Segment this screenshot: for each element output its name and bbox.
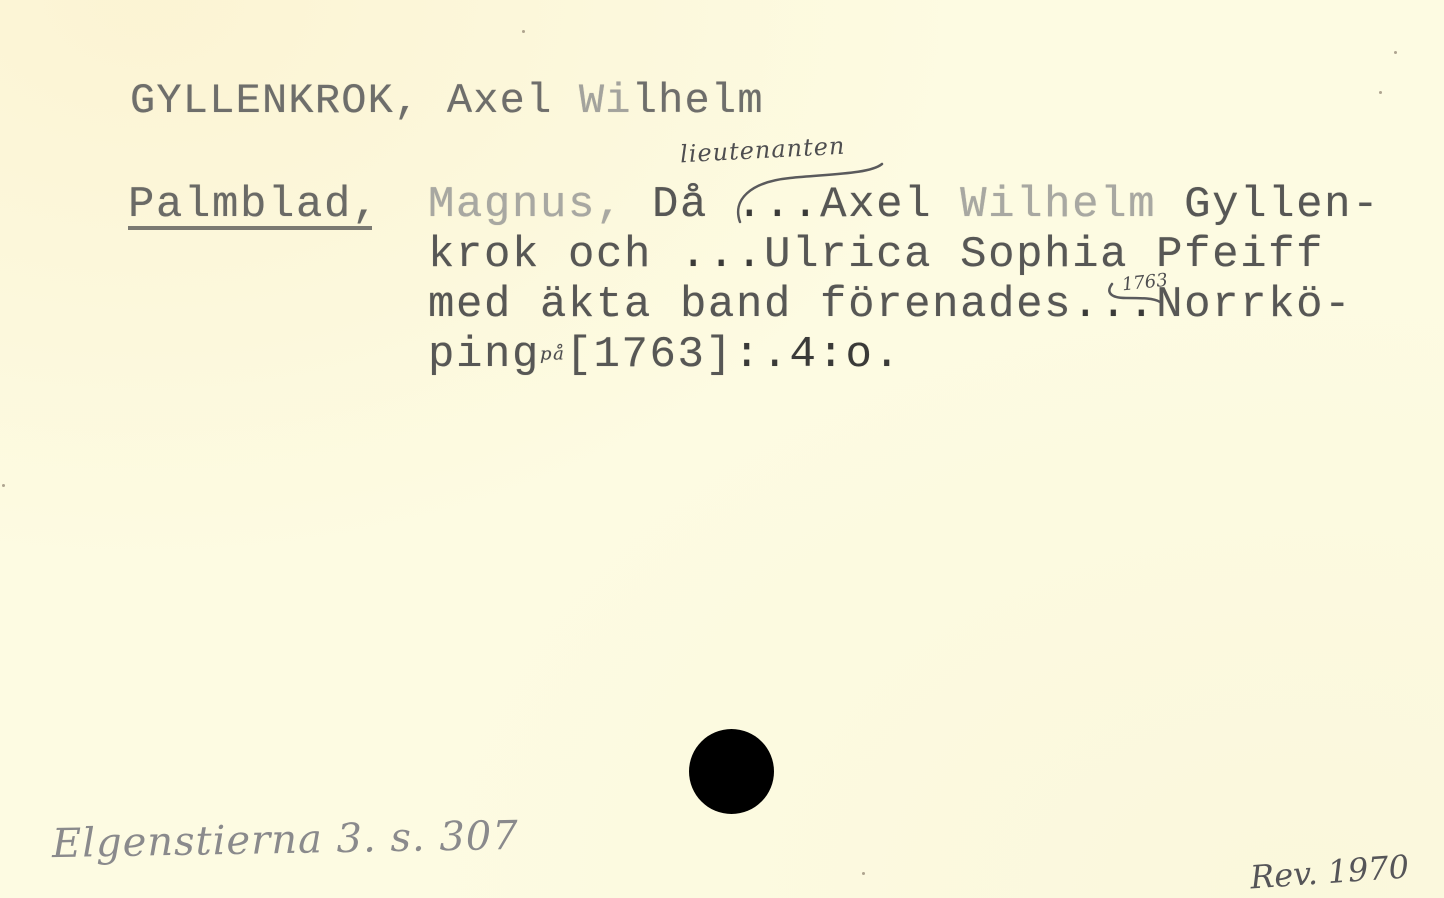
paper-speck <box>522 30 525 33</box>
paper-speck <box>2 484 5 487</box>
card-title-line-2: krok och ...Ulrica Sophia Pfeiff <box>428 233 1324 277</box>
handwritten-insert-pa: på <box>540 343 565 364</box>
heading-given-name-1: Axel <box>447 77 553 125</box>
imprint-format: :.4:o. <box>734 330 902 380</box>
title-ellipsis: ... <box>736 180 820 230</box>
imprint-year: [1763] <box>566 330 734 380</box>
paper-speck <box>862 872 865 875</box>
title-text-segment: krok och <box>428 230 680 280</box>
paper-speck <box>1379 91 1382 94</box>
heading-surname: GYLLENKROK, <box>130 77 420 125</box>
title-faint-segment: Wilhelm <box>960 180 1156 230</box>
title-text-segment: Ulrica Sophia Pfeiff <box>764 230 1324 280</box>
heading-given-name-2: lhelm <box>632 77 764 125</box>
handwritten-reference-note: Elgenstierna 3. s. 307 <box>52 816 519 864</box>
title-ellipsis: ... <box>680 230 764 280</box>
title-text-segment: Då <box>624 180 736 230</box>
handwritten-revision-note: Rev. 1970 <box>1249 850 1410 893</box>
title-text-segment: Axel <box>820 180 960 230</box>
card-title-line-1: Magnus, Då ...Axel Wilhelm Gyllen- <box>428 183 1380 227</box>
paper-speck <box>1394 51 1397 54</box>
author-underline <box>128 226 372 230</box>
title-text-segment: Norrkö- <box>1156 280 1352 330</box>
handwritten-annotation-year: 1763 <box>1121 272 1168 295</box>
title-text-segment: Gyllen- <box>1156 180 1380 230</box>
card-author: Palmblad, <box>128 183 380 227</box>
title-faint-lead: Magnus, <box>428 180 624 230</box>
card-imprint-line: pingpå[1763]:.4:o. <box>428 333 902 377</box>
catalog-card: GYLLENKROK, Axel Wilhelm lieutenanten Pa… <box>0 0 1444 898</box>
imprint-text-segment: ping <box>428 330 540 380</box>
card-title-line-3: med äkta band förenades...Norrkö- <box>428 283 1352 327</box>
card-heading: GYLLENKROK, Axel Wilhelm <box>130 80 764 122</box>
heading-given-name-2-faint: Wi <box>579 77 632 125</box>
title-text-segment: med äkta band förenades <box>428 280 1072 330</box>
card-punch-hole <box>689 729 774 814</box>
handwritten-annotation-lieutenant: lieutenanten <box>679 134 845 167</box>
